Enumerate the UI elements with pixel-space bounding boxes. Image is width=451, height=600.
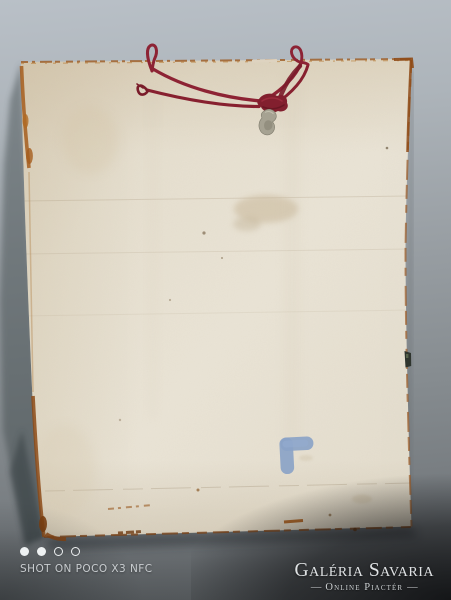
tagline-dash-left-icon: — — [311, 582, 322, 593]
camera-dots — [20, 547, 153, 556]
brand-tagline: — Online Piactér — — [295, 582, 434, 593]
camera-dot-outline-icon — [54, 547, 63, 556]
brand-watermark: Galéria Savaria — Online Piactér — — [295, 561, 434, 594]
camera-dot-filled-icon — [20, 547, 29, 556]
photo-scene: SHOT ON POCO X3 NFC Galéria Savaria — On… — [0, 0, 451, 600]
photo-artwork-svg — [0, 0, 451, 600]
camera-watermark-label: SHOT ON POCO X3 NFC — [20, 563, 153, 575]
tagline-dash-right-icon: — — [407, 582, 418, 593]
nail — [405, 351, 412, 368]
panel-back — [21, 59, 414, 539]
brand-tagline-text: Online Piactér — [325, 582, 403, 593]
brand-name: Galéria Savaria — [295, 561, 434, 581]
camera-watermark: SHOT ON POCO X3 NFC — [20, 547, 153, 575]
camera-dot-outline-icon — [71, 547, 80, 556]
camera-dot-filled-icon — [37, 547, 46, 556]
